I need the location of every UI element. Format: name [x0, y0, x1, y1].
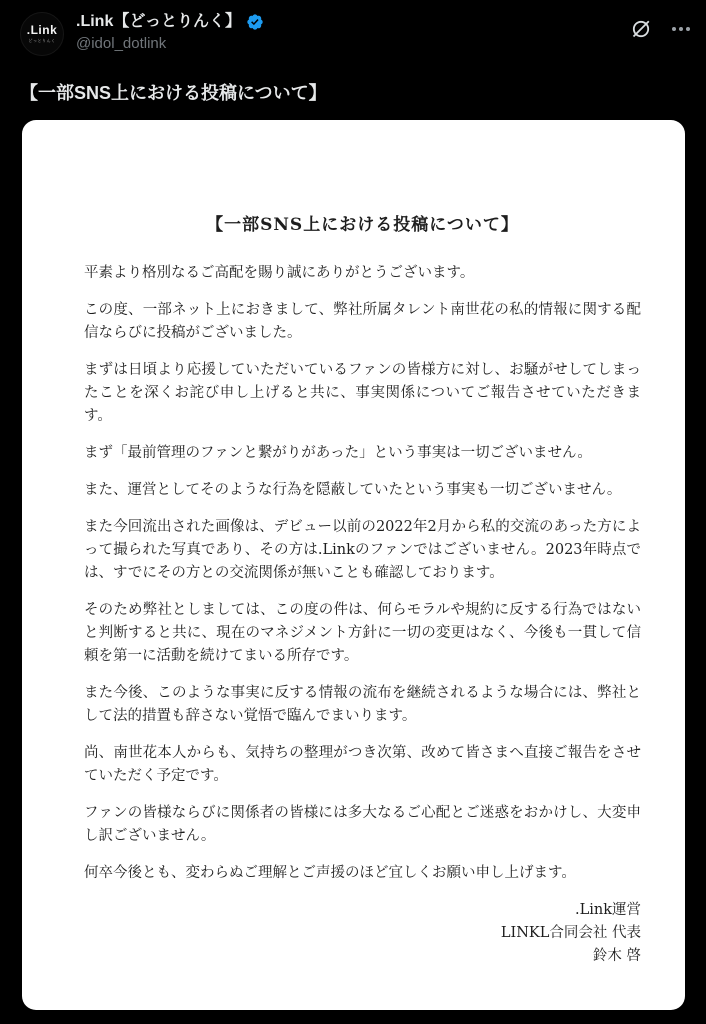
statement-signature: .Link運営 LINKL合同会社 代表 鈴木 啓 — [84, 899, 641, 968]
signature-line-name: 鈴木 啓 — [84, 945, 641, 968]
statement-paragraph: そのため弊社としましては、この度の件は、何らモラルや規約に反する行為ではないと判… — [84, 599, 641, 668]
tweet-header: .Link どっとりんく .Link【どっとりんく】 @idol_dotlink — [20, 12, 696, 56]
statement-paragraph: また今後、このような事実に反する情報の流布を継続されるような場合には、弊社として… — [84, 682, 641, 728]
statement-body: 平素より格別なるご高配を賜り誠にありがとうございます。 この度、一部ネット上にお… — [84, 262, 641, 899]
signature-line-entity: LINKL合同会社 代表 — [84, 922, 641, 945]
statement-paragraph: 平素より格別なるご高配を賜り誠にありがとうございます。 — [84, 262, 641, 285]
statement-paragraph: この度、一部ネット上におきまして、弊社所属タレント南世花の私的情報に関する配信な… — [84, 299, 641, 345]
author-names: .Link【どっとりんく】 @idol_dotlink — [76, 12, 264, 53]
display-name[interactable]: .Link【どっとりんく】 — [76, 12, 241, 32]
statement-paragraph: また今回流出された画像は、デビュー以前の2022年2月から私的交流のあった方によ… — [84, 516, 641, 585]
statement-paragraph: ファンの皆様ならびに関係者の皆様には多大なるご心配とご迷惑をおかけし、大変申し訳… — [84, 802, 641, 848]
more-ellipsis-icon[interactable] — [670, 21, 692, 37]
avatar-subtext: どっとりんく — [29, 38, 56, 44]
avatar-logo: .Link — [27, 24, 58, 36]
statement-paragraph: まず「最前管理のファンと繋がりがあった」という事実は一切ございません。 — [84, 442, 641, 465]
grok-icon[interactable] — [628, 16, 654, 42]
tweet-text: 【一部SNS上における投稿について】 — [20, 81, 690, 105]
statement-paragraph: 何卒今後とも、変わらぬご理解とご声援のほど宜しくお願い申し上げます。 — [84, 862, 641, 885]
header-actions — [628, 12, 696, 42]
statement-title: 【一部SNS上における投稿について】 — [84, 210, 641, 235]
handle[interactable]: @idol_dotlink — [76, 34, 264, 53]
statement-paragraph: まずは日頃より応援していただいているファンの皆様方に対し、お騒がせしてしまったこ… — [84, 359, 641, 428]
statement-paragraph: また、運営としてそのような行為を隠蔽していたという事実も一切ございません。 — [84, 479, 641, 502]
avatar[interactable]: .Link どっとりんく — [20, 12, 64, 56]
attached-statement-image[interactable]: 【一部SNS上における投稿について】 平素より格別なるご高配を賜り誠にありがとう… — [22, 120, 685, 1010]
statement-paragraph: 尚、南世花本人からも、気持ちの整理がつき次第、改めて皆さまへ直接ご報告をさせてい… — [84, 742, 641, 788]
signature-line-company: .Link運営 — [84, 899, 641, 922]
verified-badge-icon — [246, 13, 264, 31]
